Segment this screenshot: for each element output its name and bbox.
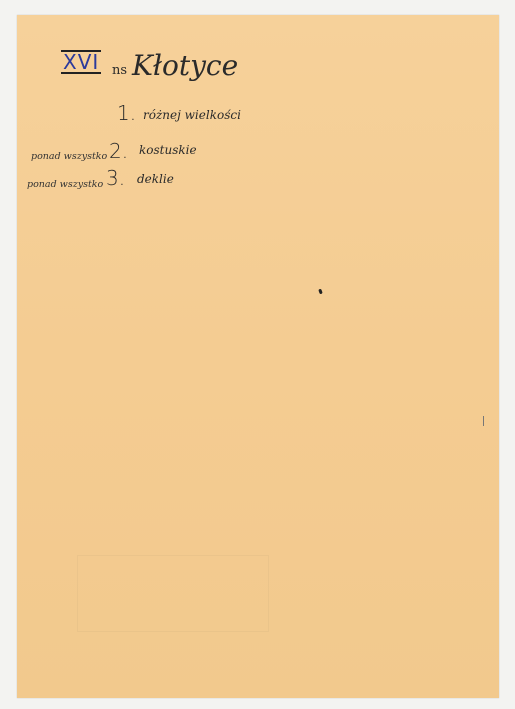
section-roman-numeral: XVI	[61, 50, 101, 74]
item-number: 3.	[106, 166, 125, 190]
item-number: 2.	[109, 139, 128, 163]
place-prefix: ns	[112, 63, 127, 78]
margin-note: ponad wszystko	[31, 151, 107, 162]
document-page: XVI ns Kłotyce 1. różnej wielkości ponad…	[17, 15, 499, 698]
place-name-title: Kłotyce	[132, 49, 238, 82]
item-text: kostuskie	[139, 143, 197, 157]
item-number: 1.	[117, 101, 136, 125]
item-text: różnej wielkości	[143, 108, 241, 122]
margin-note: ponad wszystko	[27, 179, 103, 190]
paper-mark	[483, 416, 484, 426]
item-text: deklie	[137, 172, 174, 186]
